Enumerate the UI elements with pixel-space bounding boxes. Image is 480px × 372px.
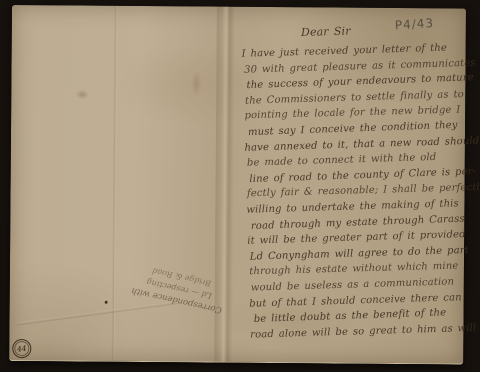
- ink-speck: [105, 301, 108, 304]
- diagonal-crease: [16, 301, 180, 326]
- letter-sheet: P4/43 Correspondence withLd — respecting…: [9, 5, 466, 365]
- archive-stamp: 44: [11, 338, 32, 359]
- paper-stain: [75, 90, 89, 100]
- vertical-crease: [111, 6, 118, 361]
- letter-greeting: Dear Sir: [301, 21, 461, 39]
- docket-note: Correspondence withLd — respectingBridge…: [100, 254, 259, 323]
- photograph-background: P4/43 Correspondence withLd — respecting…: [0, 0, 480, 372]
- letter-text: Dear Sir I have just received your lette…: [241, 21, 471, 343]
- paper-stain: [191, 70, 201, 96]
- letter-body: I have just received your letter of the3…: [241, 40, 470, 343]
- stamp-number: 44: [13, 340, 30, 357]
